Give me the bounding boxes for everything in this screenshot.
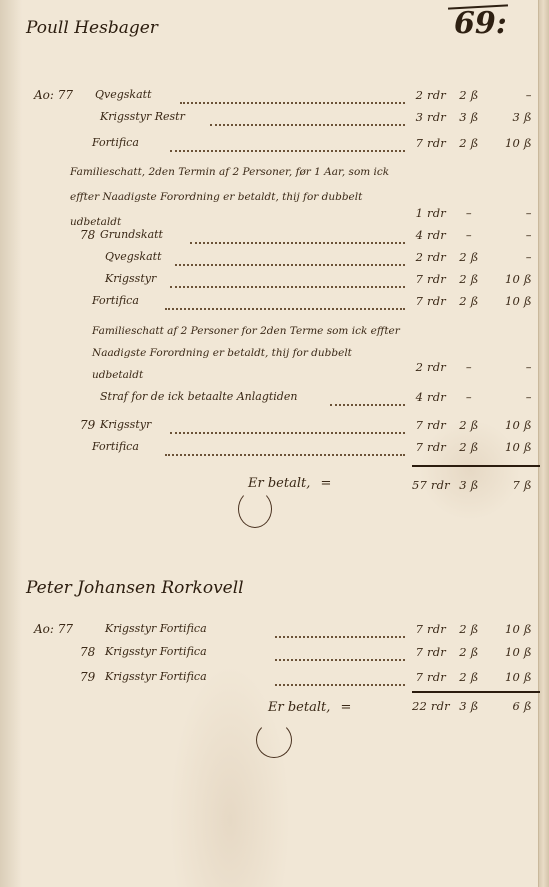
ledger-row: Krigsstyr 7 rdr 2 ß 10 ß bbox=[0, 272, 549, 292]
amount-skilling: 10 ß bbox=[492, 418, 532, 432]
total-rigsdaler: 22 rdr bbox=[412, 699, 446, 713]
amount-mark: 2 ß bbox=[450, 272, 488, 286]
entry-year: 78 bbox=[80, 228, 95, 242]
account-name: Peter Johansen Rorkovell bbox=[26, 578, 244, 598]
amount-rigsdaler: 7 rdr bbox=[412, 670, 446, 684]
flourish-mark bbox=[256, 722, 292, 758]
leader-dots bbox=[275, 635, 405, 638]
account-heading: Peter Johansen Rorkovell bbox=[26, 578, 244, 598]
ledger-row: 1 rdr – – bbox=[0, 206, 549, 226]
amount-skilling: – bbox=[492, 360, 532, 374]
entry-description: Krigsstyr Fortifica bbox=[105, 622, 207, 635]
amount-mark: – bbox=[450, 360, 488, 374]
ledger-row: 2 rdr – – bbox=[0, 360, 549, 380]
amount-mark: 2 ß bbox=[450, 136, 488, 150]
amount-rigsdaler: 7 rdr bbox=[412, 645, 446, 659]
amount-skilling: – bbox=[492, 250, 532, 264]
leader-dots bbox=[170, 285, 405, 288]
folio-number: 69: bbox=[454, 6, 507, 41]
ledger-row: 79 Krigsstyr Fortifica 7 rdr 2 ß 10 ß bbox=[0, 670, 549, 690]
entry-amount: 3 rdr 3 ß 3 ß bbox=[412, 110, 538, 124]
entry-amount: 7 rdr 2 ß 10 ß bbox=[412, 622, 538, 636]
ledger-row: 78 Grundskatt 4 rdr – – bbox=[0, 228, 549, 248]
amount-skilling: 10 ß bbox=[492, 622, 532, 636]
entry-amount: 1 rdr – – bbox=[412, 206, 538, 220]
entry-year: Ao: 77 bbox=[34, 88, 73, 102]
amount-rigsdaler: 7 rdr bbox=[412, 294, 446, 308]
ledger-row: 79 Krigsstyr 7 rdr 2 ß 10 ß bbox=[0, 418, 549, 438]
amount-rigsdaler: 2 rdr bbox=[412, 250, 446, 264]
entry-year: 79 bbox=[80, 418, 95, 432]
entry-description: Straf for de ick betaalte Anlagtiden bbox=[100, 390, 297, 403]
amount-mark: 2 ß bbox=[450, 294, 488, 308]
entry-description: Grundskatt bbox=[100, 228, 163, 241]
entry-amount: 2 rdr 2 ß – bbox=[412, 250, 538, 264]
amount-mark: 2 ß bbox=[450, 88, 488, 102]
amount-mark: 2 ß bbox=[450, 622, 488, 636]
entry-amount: 7 rdr 2 ß 10 ß bbox=[412, 136, 538, 150]
amount-rigsdaler: 1 rdr bbox=[412, 206, 446, 220]
amount-skilling: 10 ß bbox=[492, 645, 532, 659]
amount-rigsdaler: 2 rdr bbox=[412, 360, 446, 374]
amount-skilling: 10 ß bbox=[492, 272, 532, 286]
entry-amount: 2 rdr – – bbox=[412, 360, 538, 374]
ledger-row: Fortifica 7 rdr 2 ß 10 ß bbox=[0, 294, 549, 314]
leader-dots bbox=[170, 431, 405, 434]
leader-dots bbox=[165, 453, 405, 456]
total-rigsdaler: 57 rdr bbox=[412, 478, 446, 492]
amount-rigsdaler: 7 rdr bbox=[412, 418, 446, 432]
total-mark: 3 ß bbox=[450, 699, 488, 713]
leader-dots bbox=[170, 149, 405, 152]
entry-year: Ao: 77 bbox=[34, 622, 73, 636]
entry-amount: 4 rdr – – bbox=[412, 390, 538, 404]
amount-skilling: 10 ß bbox=[492, 136, 532, 150]
leader-dots bbox=[180, 101, 405, 104]
amount-mark: 3 ß bbox=[450, 110, 488, 124]
account-heading: Poull Hesbager bbox=[26, 18, 158, 38]
amount-rigsdaler: 2 rdr bbox=[412, 88, 446, 102]
leader-dots bbox=[175, 263, 405, 266]
flourish-mark bbox=[238, 490, 272, 528]
entry-description: Krigsstyr Restr bbox=[100, 110, 185, 123]
amount-rigsdaler: 7 rdr bbox=[412, 440, 446, 454]
entry-description: Krigsstyr Fortifica bbox=[105, 645, 207, 658]
ledger-row: Fortifica 7 rdr 2 ß 10 ß bbox=[0, 136, 549, 156]
ledger-row: Ao: 77 Krigsstyr Fortifica 7 rdr 2 ß 10 … bbox=[0, 622, 549, 642]
total-row: 22 rdr 3 ß 6 ß bbox=[0, 699, 549, 719]
total-skilling: 7 ß bbox=[492, 478, 532, 492]
entry-amount: 7 rdr 2 ß 10 ß bbox=[412, 294, 538, 308]
total-skilling: 6 ß bbox=[492, 699, 532, 713]
amount-mark: 2 ß bbox=[450, 418, 488, 432]
amount-rigsdaler: 4 rdr bbox=[412, 228, 446, 242]
entry-description: Krigsstyr bbox=[100, 418, 151, 431]
leader-dots bbox=[330, 403, 405, 406]
entry-amount: 4 rdr – – bbox=[412, 228, 538, 242]
entry-description: Fortifica bbox=[92, 136, 139, 149]
amount-mark: 2 ß bbox=[450, 440, 488, 454]
total-amount: 57 rdr 3 ß 7 ß bbox=[412, 478, 538, 492]
entry-amount: 7 rdr 2 ß 10 ß bbox=[412, 670, 538, 684]
ledger-row: Fortifica 7 rdr 2 ß 10 ß bbox=[0, 440, 549, 460]
entry-amount: 7 rdr 2 ß 10 ß bbox=[412, 272, 538, 286]
amount-mark: 2 ß bbox=[450, 670, 488, 684]
amount-mark: – bbox=[450, 206, 488, 220]
amount-rigsdaler: 7 rdr bbox=[412, 272, 446, 286]
entry-description: Fortifica bbox=[92, 440, 139, 453]
amount-rigsdaler: 7 rdr bbox=[412, 622, 446, 636]
sum-rule bbox=[412, 691, 540, 693]
ledger-row: Qvegskatt 2 rdr 2 ß – bbox=[0, 250, 549, 270]
amount-rigsdaler: 3 rdr bbox=[412, 110, 446, 124]
entry-amount: 7 rdr 2 ß 10 ß bbox=[412, 645, 538, 659]
total-mark: 3 ß bbox=[450, 478, 488, 492]
ledger-page: 69: Poull Hesbager Ao: 77 Qvegskatt 2 rd… bbox=[0, 0, 549, 887]
leader-dots bbox=[210, 123, 405, 126]
sum-rule bbox=[412, 465, 540, 467]
account-name: Poull Hesbager bbox=[26, 18, 158, 38]
amount-rigsdaler: 7 rdr bbox=[412, 136, 446, 150]
amount-skilling: – bbox=[492, 228, 532, 242]
amount-skilling: – bbox=[492, 390, 532, 404]
amount-skilling: – bbox=[492, 88, 532, 102]
amount-mark: – bbox=[450, 228, 488, 242]
amount-skilling: 3 ß bbox=[492, 110, 532, 124]
amount-skilling: 10 ß bbox=[492, 670, 532, 684]
entry-description: Krigsstyr bbox=[105, 272, 156, 285]
total-amount: 22 rdr 3 ß 6 ß bbox=[412, 699, 538, 713]
entry-description: Krigsstyr Fortifica bbox=[105, 670, 207, 683]
entry-description: Fortifica bbox=[92, 294, 139, 307]
entry-amount: 7 rdr 2 ß 10 ß bbox=[412, 418, 538, 432]
amount-rigsdaler: 4 rdr bbox=[412, 390, 446, 404]
leader-dots bbox=[190, 241, 405, 244]
amount-mark: – bbox=[450, 390, 488, 404]
entry-year: 78 bbox=[80, 645, 95, 659]
leader-dots bbox=[275, 658, 405, 661]
ledger-row: Ao: 77 Qvegskatt 2 rdr 2 ß – bbox=[0, 88, 549, 108]
amount-skilling: – bbox=[492, 206, 532, 220]
entry-year: 79 bbox=[80, 670, 95, 684]
amount-skilling: 10 ß bbox=[492, 294, 532, 308]
ledger-row: 78 Krigsstyr Fortifica 7 rdr 2 ß 10 ß bbox=[0, 645, 549, 665]
entry-amount: 2 rdr 2 ß – bbox=[412, 88, 538, 102]
ledger-row: Krigsstyr Restr 3 rdr 3 ß 3 ß bbox=[0, 110, 549, 130]
amount-mark: 2 ß bbox=[450, 645, 488, 659]
entry-description: Qvegskatt bbox=[95, 88, 152, 101]
ledger-row: Straf for de ick betaalte Anlagtiden 4 r… bbox=[0, 390, 549, 410]
leader-dots bbox=[275, 683, 405, 686]
entry-description: Qvegskatt bbox=[105, 250, 162, 263]
leader-dots bbox=[165, 307, 405, 310]
amount-skilling: 10 ß bbox=[492, 440, 532, 454]
amount-mark: 2 ß bbox=[450, 250, 488, 264]
total-row: 57 rdr 3 ß 7 ß bbox=[0, 478, 549, 498]
entry-amount: 7 rdr 2 ß 10 ß bbox=[412, 440, 538, 454]
